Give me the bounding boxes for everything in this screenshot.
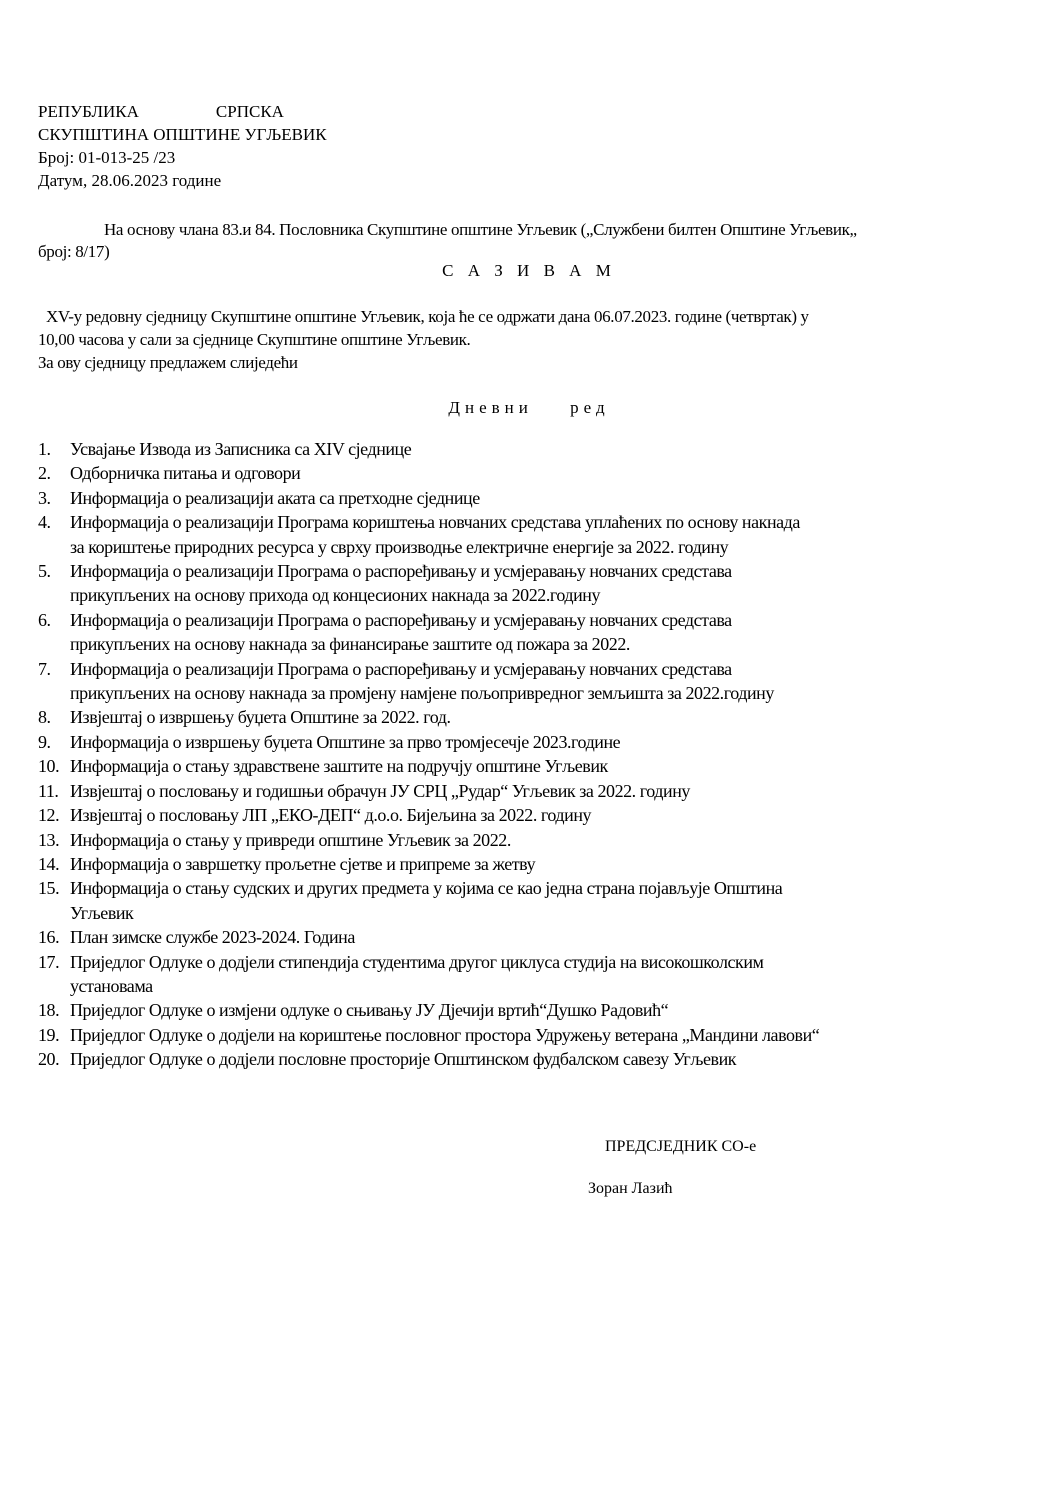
agenda-item-number: 3. bbox=[38, 486, 51, 510]
agenda-item: 14.Информација о завршетку прољетне сјет… bbox=[38, 852, 819, 876]
agenda-item-text: Информација о стању судских и других пре… bbox=[70, 876, 819, 900]
agenda-item-number: 17. bbox=[38, 950, 59, 974]
agenda-item-number: 14. bbox=[38, 852, 59, 876]
agenda-item-text: Приједлог Одлуке о додјели на кориштење … bbox=[70, 1023, 819, 1047]
agenda-item: 11.Извјештај о пословању и годишњи обрач… bbox=[38, 779, 819, 803]
agenda-item: 17.Приједлог Одлуке о додјели стипендија… bbox=[38, 950, 819, 999]
agenda-item-number: 10. bbox=[38, 754, 59, 778]
agenda-item-number: 20. bbox=[38, 1047, 59, 1071]
agenda-item-text: Информација о стању у привреди општине У… bbox=[70, 828, 819, 852]
agenda-item: 6.Информација о реализацији Програма о р… bbox=[38, 608, 819, 657]
agenda-item-number: 6. bbox=[38, 608, 51, 632]
agenda-item-number: 1. bbox=[38, 437, 51, 461]
document-page: РЕПУБЛИКАСРПСКА СКУПШТИНА ОПШТИНЕ УГЉЕВИ… bbox=[0, 0, 1058, 1497]
agenda-item: 5.Информација о реализацији Програма о р… bbox=[38, 559, 819, 608]
agenda-item: 15.Информација о стању судских и других … bbox=[38, 876, 819, 925]
agenda-item-text: прикупљених на основу накнада за финанси… bbox=[70, 632, 819, 656]
republic-word: РЕПУБЛИКА bbox=[38, 102, 139, 121]
agenda-item-text: Информација о стању здравствене заштите … bbox=[70, 754, 819, 778]
agenda-item-text: Извјештај о пословању и годишњи обрачун … bbox=[70, 779, 819, 803]
agenda-item-number: 2. bbox=[38, 461, 51, 485]
agenda-title: Дневни ред bbox=[0, 398, 1058, 418]
intro-line-2: број: 8/17) bbox=[38, 240, 109, 263]
convocation-title: С А З И В А М bbox=[0, 261, 1058, 281]
agenda-item-text: установама bbox=[70, 974, 819, 998]
agenda-item-text: прикупљених на основу прихода од концеси… bbox=[70, 583, 819, 607]
agenda-item-text: за кориштење природних ресурса у сврху п… bbox=[70, 535, 819, 559]
agenda-item: 13.Информација о стању у привреди општин… bbox=[38, 828, 819, 852]
agenda-item: 19.Приједлог Одлуке о додјели на кориште… bbox=[38, 1023, 819, 1047]
session-line-2: 10,00 часова у сали за сједнице Скупштин… bbox=[38, 328, 470, 351]
agenda-item-text: прикупљених на основу накнада за промјен… bbox=[70, 681, 819, 705]
agenda-item: 18.Приједлог Одлуке о измјени одлуке о с… bbox=[38, 998, 819, 1022]
agenda-item-number: 18. bbox=[38, 998, 59, 1022]
agenda-item: 7.Информација о реализацији Програма о р… bbox=[38, 657, 819, 706]
agenda-item-number: 8. bbox=[38, 705, 51, 729]
agenda-item: 8.Извјештај о извршењу буџета Општине за… bbox=[38, 705, 819, 729]
agenda-item: 9.Информација о извршењу буџета Општине … bbox=[38, 730, 819, 754]
agenda-item-text: Информација о реализацији Програма о рас… bbox=[70, 559, 819, 583]
agenda-item-number: 16. bbox=[38, 925, 59, 949]
agenda-item-text: Одборничка питања и одговори bbox=[70, 461, 819, 485]
agenda-item-text: Приједлог Одлуке о додјели стипендија ст… bbox=[70, 950, 819, 974]
agenda-item-number: 12. bbox=[38, 803, 59, 827]
agenda-item: 3.Информација о реализацији аката са пре… bbox=[38, 486, 819, 510]
agenda-item-number: 4. bbox=[38, 510, 51, 534]
agenda-item-text: Информација о реализацији Програма о рас… bbox=[70, 657, 819, 681]
signature-name: Зоран Лазић bbox=[588, 1180, 673, 1198]
agenda-item-text: Приједлог Одлуке о измјени одлуке о сњив… bbox=[70, 998, 819, 1022]
header-date: Датум, 28.06.2023 године bbox=[38, 169, 221, 192]
agenda-item-text: Информација о реализацији Програма кориш… bbox=[70, 510, 819, 534]
agenda-item: 4.Информација о реализацији Програма кор… bbox=[38, 510, 819, 559]
agenda-item-text: Извјештај о извршењу буџета Општине за 2… bbox=[70, 705, 819, 729]
intro-line-1: На основу члана 83.и 84. Пословника Скуп… bbox=[104, 218, 857, 241]
agenda-item-text: Информација о извршењу буџета Општине за… bbox=[70, 730, 819, 754]
agenda-item-text: Приједлог Одлуке о додјели пословне прос… bbox=[70, 1047, 819, 1071]
session-line-1: XV-у редовну сједницу Скупштине општине … bbox=[46, 305, 809, 328]
agenda-item-number: 11. bbox=[38, 779, 58, 803]
agenda-item-number: 9. bbox=[38, 730, 51, 754]
agenda-item: 2.Одборничка питања и одговори bbox=[38, 461, 819, 485]
header-assembly: СКУПШТИНА ОПШТИНЕ УГЉЕВИК bbox=[38, 123, 327, 146]
agenda-item-number: 19. bbox=[38, 1023, 59, 1047]
header-number: Број: 01-013-25 /23 bbox=[38, 146, 175, 169]
agenda-item-text: Информација о реализацији аката са претх… bbox=[70, 486, 819, 510]
agenda-item: 20.Приједлог Одлуке о додјели пословне п… bbox=[38, 1047, 819, 1071]
agenda-item-text: Информација о реализацији Програма о рас… bbox=[70, 608, 819, 632]
agenda-item: 1.Усвајање Извода из Записника са XIV сј… bbox=[38, 437, 819, 461]
agenda-item: 10.Информација о стању здравствене зашти… bbox=[38, 754, 819, 778]
agenda-item-text: Угљевик bbox=[70, 901, 819, 925]
agenda-item-text: Извјештај о пословању ЛП „ЕКО-ДЕП“ д.о.о… bbox=[70, 803, 819, 827]
agenda-item-text: Информација о завршетку прољетне сјетве … bbox=[70, 852, 819, 876]
agenda-item-number: 13. bbox=[38, 828, 59, 852]
agenda-item-number: 7. bbox=[38, 657, 51, 681]
agenda-item-text: План зимске службе 2023-2024. Година bbox=[70, 925, 819, 949]
signature-title: ПРЕДСЈЕДНИК СО-е bbox=[605, 1138, 756, 1156]
agenda-item: 12.Извјештај о пословању ЛП „ЕКО-ДЕП“ д.… bbox=[38, 803, 819, 827]
agenda-item-number: 15. bbox=[38, 876, 59, 900]
agenda-item-text: Усвајање Извода из Записника са XIV сјед… bbox=[70, 437, 819, 461]
agenda-item: 16.План зимске службе 2023-2024. Година bbox=[38, 925, 819, 949]
agenda-list: 1.Усвајање Извода из Записника са XIV сј… bbox=[38, 437, 819, 1072]
srpska-word: СРПСКА bbox=[216, 102, 284, 121]
session-line-3: За ову сједницу предлажем слиједећи bbox=[38, 351, 298, 374]
header-republic: РЕПУБЛИКАСРПСКА bbox=[38, 100, 284, 123]
agenda-item-number: 5. bbox=[38, 559, 51, 583]
